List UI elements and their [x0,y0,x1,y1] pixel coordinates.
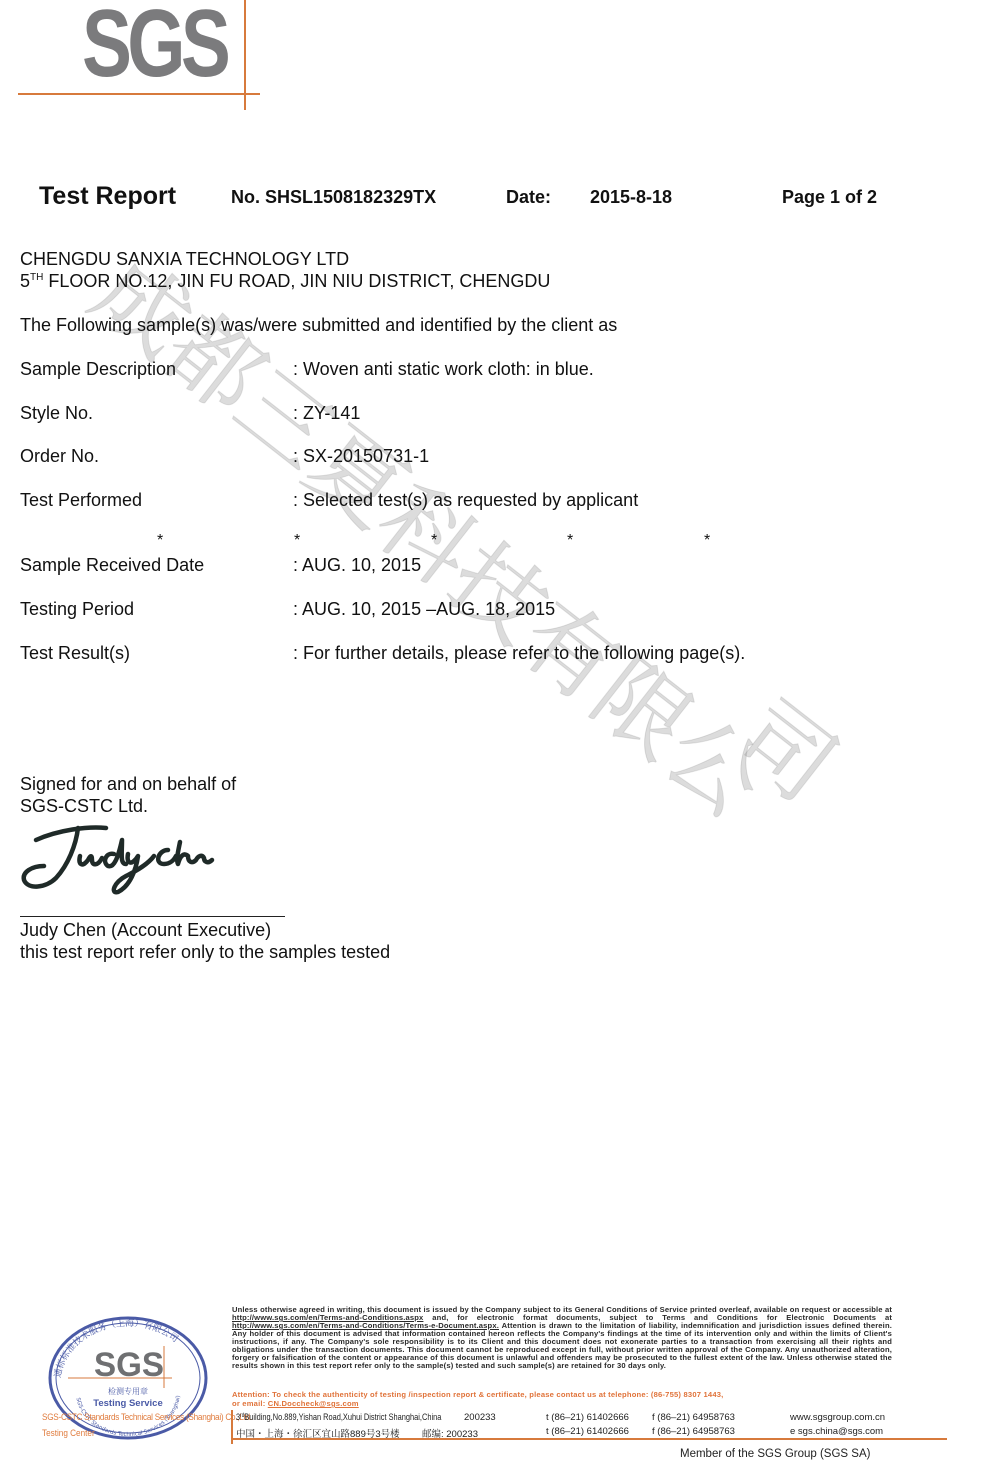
client-name: CHENGDU SANXIA TECHNOLOGY LTD [20,249,349,270]
stamp-cn-label: 检测专用章 [108,1386,148,1396]
sgs-group-membership: Member of the SGS Group (SGS SA) [680,1448,870,1460]
star-separator: * * * * * [0,532,1000,552]
signing-company: SGS-CSTC Ltd. [20,796,148,817]
field-label: Test Performed [20,490,142,511]
legal-disclaimer: Unless otherwise agreed in writing, this… [232,1306,892,1370]
separator-star: * [704,532,710,550]
logo-vertical-rule [244,0,246,110]
date-value: 2015-8-18 [590,187,672,208]
stamp-org-line2: Testing Center [42,1428,95,1439]
telephone-1: t (86–21) 61402666 [546,1412,629,1423]
field-sample-description: Sample Description : Woven anti static w… [20,359,920,383]
signature-line [20,916,285,917]
report-title: Test Report [39,182,176,211]
field-value: : AUG. 10, 2015 –AUG. 18, 2015 [293,599,555,620]
field-value: : ZY-141 [293,403,360,424]
intro-text: The Following sample(s) was/were submitt… [20,315,617,336]
field-label: Sample Description [20,359,176,380]
client-address: 5TH FLOOR NO.12, JIN FU ROAD, JIN NIU DI… [20,271,550,292]
separator-star: * [431,532,437,550]
field-value: : Selected test(s) as requested by appli… [293,490,638,511]
legal-text: Attention is drawn to the limitation of … [232,1321,892,1370]
field-value: : AUG. 10, 2015 [293,555,421,576]
doccheck-email-link[interactable]: CN.Doccheck@sgs.com [268,1399,359,1408]
address-en: 3rdBuilding,No.889,Yishan Road,Xuhui Dis… [236,1412,441,1423]
stamp-org-line1: SGS-CSTC Standards Technical Services (S… [42,1412,252,1423]
handwritten-signature [18,820,218,900]
report-number: No. SHSL1508182329TX [231,187,436,208]
date-label: Date: [506,187,551,208]
field-test-performed: Test Performed : Selected test(s) as req… [20,490,920,514]
telephone-2: t (86–21) 61402666 [546,1426,629,1437]
field-label: Testing Period [20,599,134,620]
postcode-en: 200233 [464,1412,496,1423]
field-label: Order No. [20,446,99,467]
page-indicator: Page 1 of 2 [782,187,877,208]
field-order-no: Order No. : SX-20150731-1 [20,446,920,470]
signer-name: Judy Chen (Account Executive) [20,920,271,941]
authenticity-text: Attention: To check the authenticity of … [232,1390,892,1399]
field-value: : SX-20150731-1 [293,446,429,467]
sgs-logo-text: SGS [82,0,226,92]
field-style-no: Style No. : ZY-141 [20,403,920,427]
authenticity-notice: Attention: To check the authenticity of … [232,1390,892,1408]
field-label: Sample Received Date [20,555,204,576]
stamp-en-label: Testing Service [93,1398,163,1409]
field-test-results: Test Result(s) : For further details, pl… [20,643,920,667]
address-rest: FLOOR NO.12, JIN FU ROAD, JIN NIU DISTRI… [43,271,550,291]
field-sample-received-date: Sample Received Date : AUG. 10, 2015 [20,555,920,579]
field-testing-period: Testing Period : AUG. 10, 2015 –AUG. 18,… [20,599,920,623]
floor-number: 5 [20,271,30,291]
watermark-char: 公 [649,703,778,832]
separator-star: * [294,532,300,550]
website-link[interactable]: www.sgsgroup.com.cn [790,1412,885,1423]
sgs-logo: SGS [18,0,263,112]
separator-star: * [157,532,163,550]
field-label: Style No. [20,403,93,424]
separator-star: * [567,532,573,550]
contact-email[interactable]: e sgs.china@sgs.com [790,1426,883,1437]
fax-2: f (86–21) 64958763 [652,1426,735,1437]
floor-suffix: TH [30,272,43,283]
email-label: or email: [232,1399,268,1408]
scope-note: this test report refer only to the sampl… [20,942,390,963]
field-value: : Woven anti static work cloth: in blue. [293,359,594,380]
watermark-char: 夏 [291,413,420,542]
footer-horizontal-rule [231,1438,947,1440]
signed-on-behalf: Signed for and on behalf of [20,774,236,795]
watermark-char: 司 [721,687,850,816]
address-en-text: Building,No.889,Yishan Road,Xuhui Distri… [244,1412,441,1423]
field-value: : For further details, please refer to t… [293,643,745,664]
field-label: Test Result(s) [20,643,130,664]
report-header: Test Report No. SHSL1508182329TX Date: 2… [0,182,1000,212]
fax-1: f (86–21) 64958763 [652,1412,735,1423]
logo-horizontal-rule [18,93,260,95]
